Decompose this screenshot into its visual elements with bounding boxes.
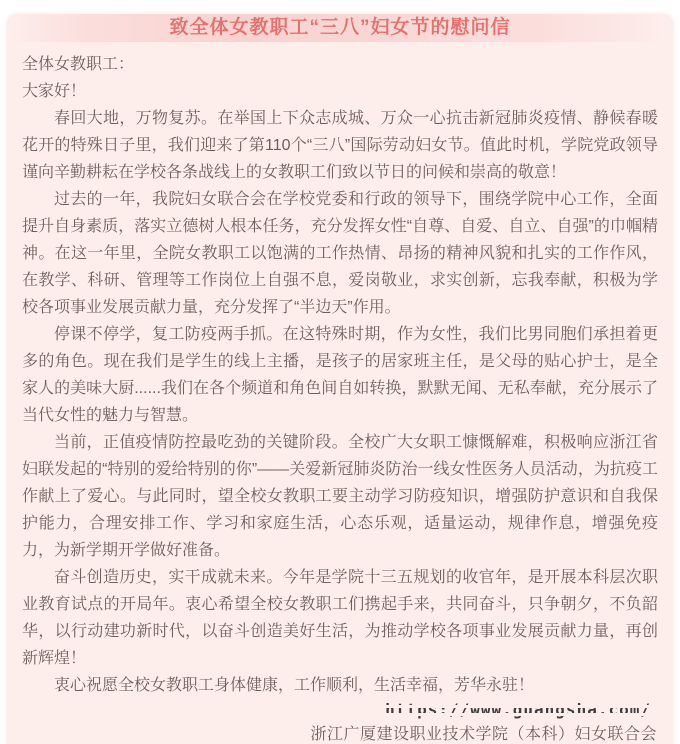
salutation: 全体女教职工： <box>22 51 658 78</box>
page-background: 致全体女教职工“三八”妇女节的慰问信 全体女教职工： 大家好！ 春回大地，万物复… <box>0 0 680 744</box>
title-banner: 致全体女教职工“三八”妇女节的慰问信 <box>7 14 673 42</box>
signature: 浙江广厦建设职业技术学院（本科）妇女联合会 <box>310 721 657 744</box>
closing-wish: 衷心祝愿全校女教职工身体健康，工作顺利，生活幸福，芳华永驻！ <box>22 672 658 699</box>
paragraph: 过去的一年，我院妇女联合会在学校党委和行政的领导下，围绕学院中心工作，全面提升自… <box>22 186 658 321</box>
greeting: 大家好！ <box>22 78 658 105</box>
paragraph: 当前，正值疫情防控最吃劲的关键阶段。全校广大女职工慷慨解难，积极响应浙江省妇联发… <box>22 429 658 564</box>
watermark-url: https://www.guangsha.com/ <box>385 700 651 719</box>
paragraph: 奋斗创造历史，实干成就未来。今年是学院十三五规划的收官年，是开展本科层次职业教育… <box>22 564 658 672</box>
watermark: https://www.guangsha.com/ <box>385 700 651 719</box>
letter-body: 全体女教职工： 大家好！ 春回大地，万物复苏。在举国上下众志成城、万众一心抗击新… <box>7 42 673 699</box>
paragraph: 停课不停学，复工防疫两手抓。在这特殊时期，作为女性，我们比男同胞们承担着更多的角… <box>22 321 658 429</box>
letter-card: 致全体女教职工“三八”妇女节的慰问信 全体女教职工： 大家好！ 春回大地，万物复… <box>7 14 673 744</box>
page-title: 致全体女教职工“三八”妇女节的慰问信 <box>169 14 510 42</box>
paragraph: 春回大地，万物复苏。在举国上下众志成城、万众一心抗击新冠肺炎疫情、静候春暖花开的… <box>22 105 658 186</box>
